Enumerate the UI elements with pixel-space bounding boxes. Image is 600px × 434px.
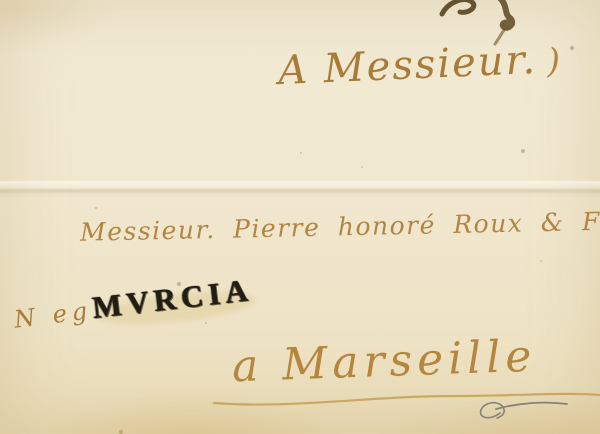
letter-cover: A Messieur.) Messieur. Pierre honoré Rou… bbox=[0, 0, 600, 434]
pencil-expert-mark bbox=[0, 0, 600, 434]
